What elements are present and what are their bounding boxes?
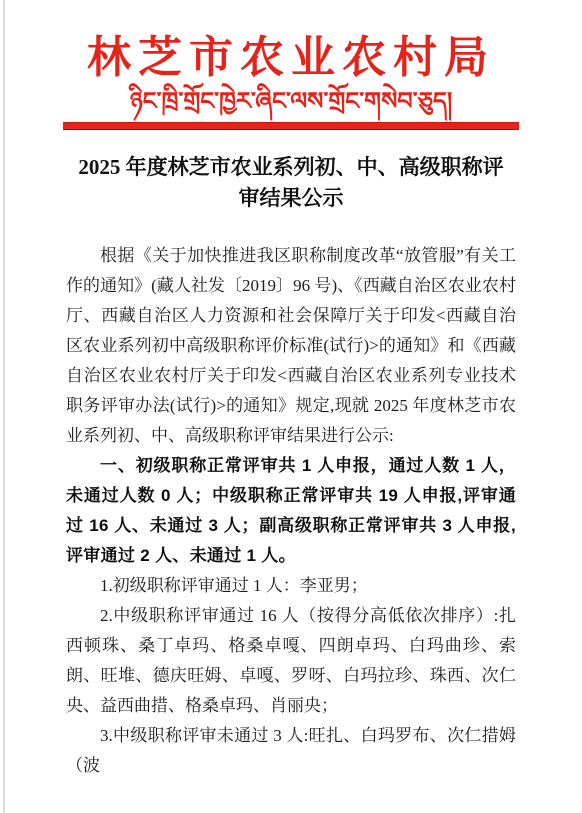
org-name-chinese: 林芝市农业农村局 bbox=[10, 30, 572, 86]
paragraph-intermediate-failed: 3.中级职称评审未通过 3 人:旺扎、白玛罗布、次仁措姆（波 bbox=[66, 721, 516, 781]
scan-edge-line bbox=[3, 0, 5, 813]
notice-body: 根据《关于加快推进我区职称制度改革“放管服”有关工作的通知》(藏人社发〔2019… bbox=[66, 241, 516, 781]
document-page: 林芝市农业农村局 ཉིང་ཁྲི་གྲོང་ཁྱེར་ཞིང་ལས་གྲོང་ག… bbox=[0, 0, 582, 813]
letterhead-divider-rule bbox=[63, 123, 519, 129]
org-name-tibetan: ཉིང་ཁྲི་གྲོང་ཁྱེར་ཞིང་ལས་གྲོང་གསེབ་ཅུད། bbox=[10, 86, 572, 118]
paragraph-summary-counts: 一、初级职称正常评审共 1 人申报，通过人数 1 人，未通过人数 0 人；中级职… bbox=[66, 451, 516, 571]
notice-title: 2025 年度林芝市农业系列初、中、高级职称评审结果公示 bbox=[68, 152, 514, 214]
letterhead: 林芝市农业农村局 ཉིང་ཁྲི་གྲོང་ཁྱེར་ཞིང་ལས་གྲོང་ག… bbox=[0, 30, 582, 129]
paragraph-legal-basis: 根据《关于加快推进我区职称制度改革“放管服”有关工作的通知》(藏人社发〔2019… bbox=[66, 241, 516, 451]
paragraph-intermediate-passed: 2.中级职称评审通过 16 人（按得分高低依次排序）:扎西顿珠、桑丁卓玛、格桑卓… bbox=[66, 601, 516, 721]
paragraph-junior-passed: 1.初级职称评审通过 1 人：李亚男； bbox=[66, 571, 516, 601]
